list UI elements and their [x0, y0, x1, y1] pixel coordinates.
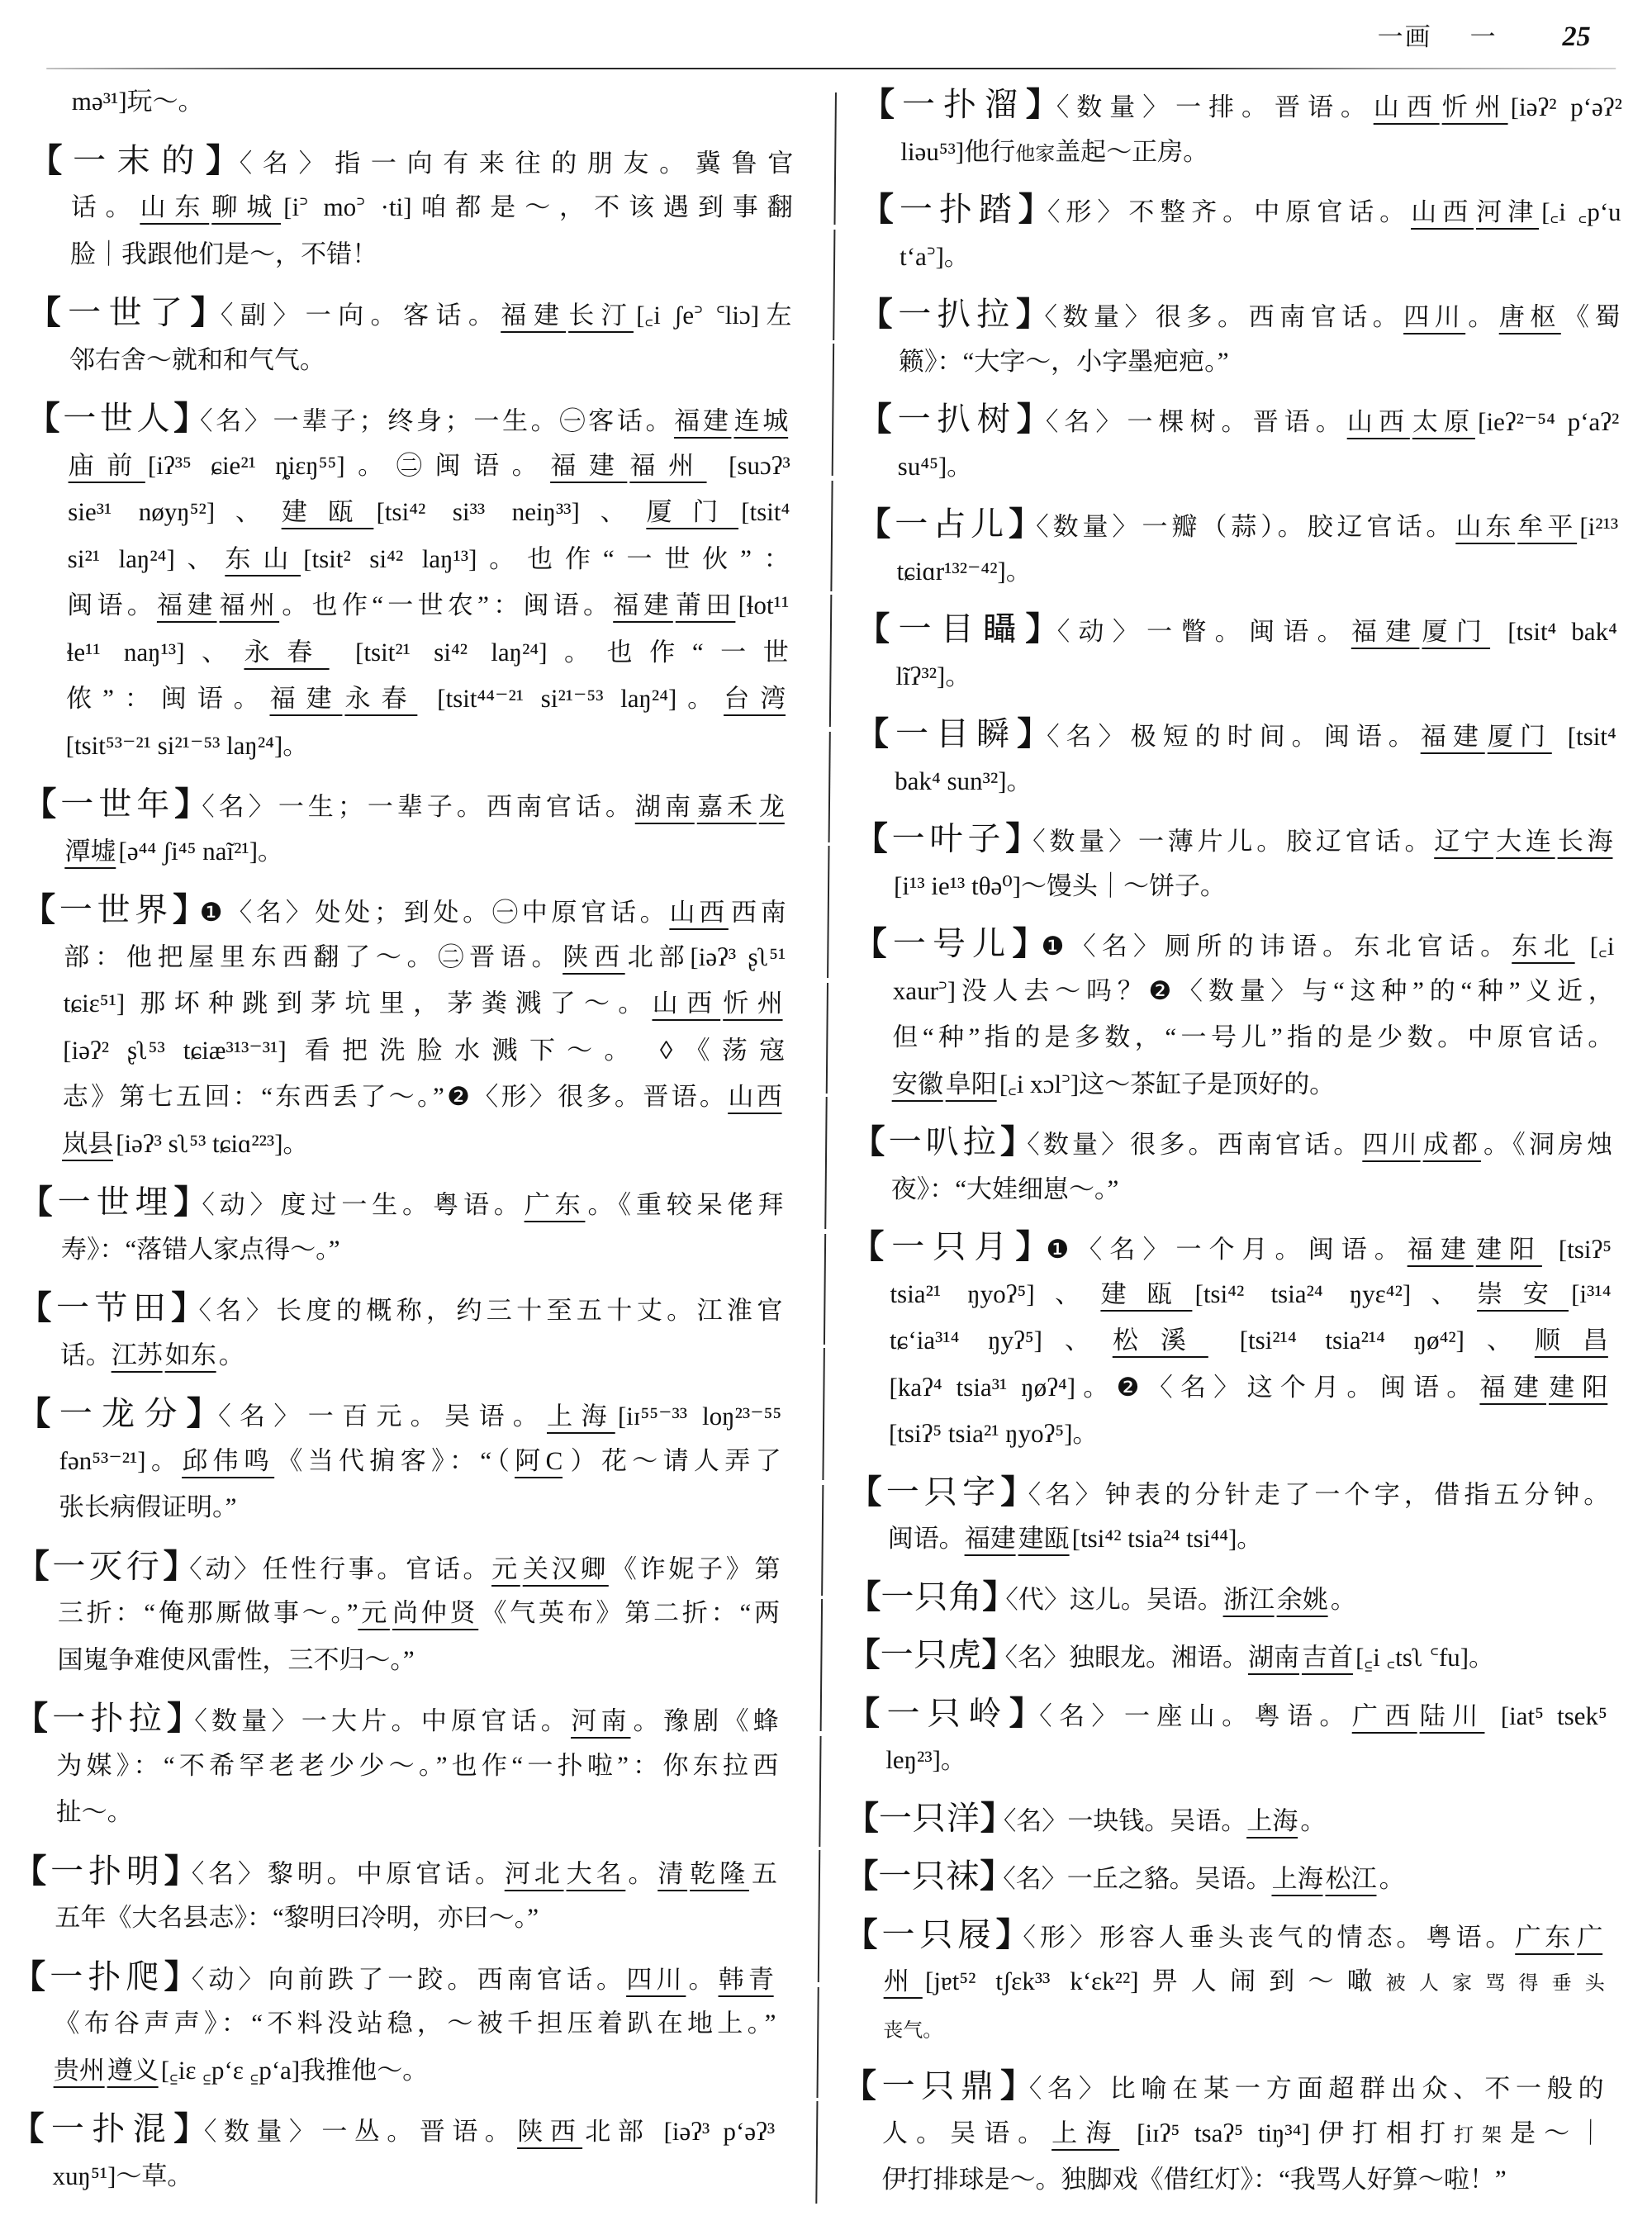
dictionary-entry: 【一只角】〈代〉这儿。吴语。浙江余姚。 — [862, 1574, 1609, 1621]
headword-bracket-open: 【 — [22, 891, 59, 928]
dictionary-entry: 【一扑溜】〈数量〉一排。晋语。山西忻州[iəʔ² p‘əʔ²liəu⁵³]他行他… — [875, 82, 1622, 175]
gloss-text: 丧气。 — [883, 2020, 942, 2042]
entry-line: [i¹³ ie¹³ tθə⁰]～馒头｜～饼子。 — [868, 863, 1616, 910]
line-text: 闽语。福建福州。也作“一世农”：闽语。福建莆田[ɬot¹¹ — [67, 591, 789, 619]
dictionary-entry: 【一目𥍉】〈动〉一瞥。闽语。福建厦门 [tsit⁴ bak⁴lĩʔ³²]。 — [870, 606, 1617, 700]
entry-line: 夜》：“大娃细崽～。” — [865, 1166, 1612, 1213]
headword: 【一世界】 — [36, 891, 200, 928]
headword-bracket-open: 【 — [843, 2067, 882, 2104]
entry-text: [iəʔ² p‘əʔ² — [1511, 93, 1622, 121]
line-text: [tsiʔ⁵ tsia²¹ ŋyoʔ⁵]。 — [889, 1419, 1099, 1448]
entry-head-line: 【一只月】❶〈名〉一个月。闽语。福建建阳 [tsiʔ⁵ — [865, 1224, 1612, 1271]
underlined-name: 山西 — [1374, 93, 1440, 121]
underlined-name: 庙前 — [69, 451, 146, 480]
headword-text: 一目𥍉 — [898, 610, 1025, 648]
line-text: 五年《大名县志》：“黎明曰冷明，亦曰～。” — [55, 1903, 539, 1932]
underlined-name: 广西 — [1352, 1701, 1417, 1730]
headword-bracket-open: 【 — [844, 1916, 881, 1953]
line-text: su⁴⁵]。 — [898, 452, 973, 481]
entry-line: 五年《大名县志》：“黎明曰冷明，亦曰～。” — [26, 1895, 777, 1942]
entry-head-line: 【一节田】〈名〉长度的概称，约三十至五十丈。江淮官 — [32, 1285, 783, 1332]
entry-text: 。 — [628, 1859, 657, 1888]
line-text: 扯～。 — [56, 1797, 133, 1826]
entry-line: 侬”：闽语。福建永春 [tsit⁴⁴⁻²¹ si²¹⁻⁵³ laŋ²⁴]。台湾 — [38, 676, 789, 723]
page-number: 25 — [1562, 20, 1590, 55]
line-text: 【一扑溜】〈数量〉一排。晋语。山西忻州[iəʔ² p‘əʔ² — [876, 93, 1622, 121]
entry-text: [i²¹³ — [1579, 512, 1618, 541]
entry-text: [ə⁴⁴ ʃi⁴⁵ naĩ²¹]。 — [118, 837, 283, 866]
entry-text: 《诈妮子》第 — [611, 1554, 781, 1583]
entry-line: fən⁵³⁻²¹]。邱伟鸣《当代掮客》：“（阿C）花～请人弄了 — [31, 1438, 781, 1485]
entry-text: su⁴⁵]。 — [898, 452, 973, 481]
entry-text: lĩʔ³²]。 — [895, 662, 971, 690]
underlined-name: 江苏 — [112, 1340, 163, 1369]
entry-text: ɬe¹¹ naŋ¹³]、 — [67, 638, 244, 667]
line-text: 【一龙分】〈名〉一百元。吴语。上海[iɪ⁵⁵⁻³³ loŋ²³⁻⁵⁵ — [31, 1402, 781, 1431]
headword-text: 一扒树 — [897, 401, 1017, 438]
headword-text: 一目瞬 — [895, 715, 1017, 752]
underlined-name: 福州 — [220, 591, 280, 619]
entry-text: 是～｜ — [1510, 2118, 1603, 2147]
entry-text: 脸｜我跟他们是～，不错！ — [70, 240, 377, 268]
entry-text: 寿》：“落错人家点得～。” — [61, 1235, 340, 1264]
entry-text: [iɪ⁵⁵⁻³³ loŋ²³⁻⁵⁵ — [618, 1402, 782, 1431]
dictionary-entry: 【一号儿】❶〈名〉厕所的讳语。东北官话。东北 [꜀ixaur꜄]没人去～吗？❷〈… — [866, 921, 1615, 1108]
line-text: 【一占儿】〈数量〉一瓣（蒜）。胶辽官话。山东牟平[i²¹³ — [871, 512, 1618, 541]
entry-text: 〈形〉形容人垂头丧气的情态。粤语。 — [1023, 1923, 1515, 1952]
line-text: 伊打排球是～。独脚戏《借红灯》：“我骂人好算～啦！” — [881, 2165, 1506, 2194]
entry-text: 〈名〉一座山。粤语。 — [1039, 1701, 1352, 1730]
entry-text: ❶〈名〉厕所的讳语。东北官话。 — [1041, 932, 1512, 961]
entry-text: tɕ‘ia³¹⁴ ŋyʔ⁵]、 — [890, 1326, 1113, 1355]
entry-line: 但“种”指的是多数，“一号儿”指的是少数。中原官话。 — [866, 1014, 1614, 1061]
underlined-name: 余姚 — [1277, 1585, 1328, 1614]
line-text: 【一扒树】〈名〉一棵树。晋语。山西太原[ieʔ²⁻⁵⁴ p‘aʔ² — [872, 407, 1619, 436]
entry-line: 邻右舍～就和和气气。 — [41, 337, 792, 384]
entry-text: [ieʔ²⁻⁵⁴ p‘aʔ² — [1478, 407, 1619, 436]
entry-line: 州[jɐt⁵² tʃɛk³³ k‘ɛk²²]畀人闹到～噉被人家骂得垂头 — [858, 1958, 1606, 2005]
headword-text: 一世埋 — [57, 1184, 173, 1221]
entry-text: 〈名〉指一向有来往的朋友。冀鲁官 — [240, 149, 794, 178]
line-text: 【一只洋】〈名〉一块钱。吴语。上海。 — [859, 1806, 1326, 1835]
line-text: [i¹³ ie¹³ tθə⁰]～馒头｜～饼子。 — [894, 871, 1226, 900]
entry-text: 〈数量〉很多。西南官话。 — [1027, 1130, 1363, 1159]
underlined-name: 陕西 — [563, 942, 625, 971]
headword: 【一叶子】 — [868, 820, 1032, 857]
line-text: 籁》：“大字～，小字墨疤疤。” — [899, 347, 1229, 376]
entry-text: ）花～请人弄了 — [565, 1446, 781, 1475]
headword: 【一占儿】 — [871, 505, 1036, 543]
entry-line: bak⁴ sun³²]。 — [869, 758, 1616, 805]
headword: 【一只字】 — [862, 1473, 1028, 1511]
entry-text: 话。 — [71, 192, 140, 221]
headword: 【一目𥍉】 — [871, 610, 1057, 648]
headword: 【一扑拉】 — [29, 1700, 195, 1737]
headword-bracket-open: 【 — [853, 925, 893, 962]
entry-text: 〈副〉一向。客话。 — [221, 301, 501, 330]
headword-text: 一叭拉 — [888, 1123, 1000, 1160]
underlined-name: 陆川 — [1420, 1701, 1485, 1730]
entry-text: 侬”：闽语。 — [66, 684, 270, 713]
headword-bracket-open: 【 — [20, 1184, 58, 1221]
entry-text: 〈名〉比喻在某一方面超群出众、不一般的 — [1029, 2074, 1604, 2103]
entry-text: [꜀i xɔl꜄]这～茶缸子是顶好的。 — [999, 1070, 1336, 1098]
underlined-name: 唐枢 — [1499, 302, 1561, 331]
entry-line: xuŋ⁵¹]～草。 — [24, 2153, 775, 2200]
line-text: 国嵬争难使风雷性，三不归～。” — [57, 1645, 415, 1674]
line-text: lĩʔ³²]。 — [895, 662, 971, 690]
entry-text: 〈动〉任性行事。官话。 — [189, 1554, 491, 1583]
line-text: leŋ²³]。 — [885, 1745, 966, 1774]
entry-head-line: 【一只屐】〈形〉形容人垂头丧气的情态。粤语。广东广 — [858, 1912, 1606, 1959]
entry-text: [tsi⁴² si³³ neiŋ³³]、 — [376, 497, 646, 526]
underlined-name: 福建 — [965, 1524, 1016, 1553]
headword: 【一末的】 — [43, 142, 240, 179]
line-text: [kaʔ⁴ tsia³¹ ŋøʔ⁴]。❷〈名〉这个月。闽语。福建建阳 — [889, 1373, 1610, 1402]
line-text: 【一目𥍉】〈动〉一瞥。闽语。福建厦门 [tsit⁴ bak⁴ — [871, 617, 1617, 646]
entry-text: 〈名〉一辈子；终身；一生。㊀客话。 — [200, 406, 675, 435]
entry-line: 扯～。 — [27, 1789, 778, 1836]
line-text: 邻右舍～就和和气气。 — [69, 345, 325, 374]
entry-line: sie³¹ nøyŋ⁵²]、建瓯[tsi⁴² si³³ neiŋ³³]、厦门[t… — [40, 489, 790, 536]
entry-text: 。 — [1300, 1806, 1326, 1835]
underlined-name: 长汀 — [568, 301, 634, 330]
entry-line: xaur꜄]没人去～吗？❷〈数量〉与“这种”的“种”义近， — [867, 968, 1615, 1015]
headword: 【一只月】 — [865, 1228, 1047, 1265]
underlined-name: 福建 — [674, 406, 732, 435]
entry-line: 《布谷声声》：“不料没站稳，～被千担压着趴在地上。” — [26, 2000, 776, 2047]
entry-head-line: 【一世界】❶〈名〉处处；到处。㊀中原官话。山西西南 — [36, 887, 787, 934]
underlined-name: 大连 — [1496, 827, 1555, 856]
line-text: 【一世界】❶〈名〉处处；到处。㊀中原官话。山西西南 — [36, 898, 786, 927]
entry-line: 脸｜我跟他们是～，不错！ — [42, 231, 793, 278]
headword-text: 一扒拉 — [898, 296, 1016, 333]
entry-line: tɕ‘ia³¹⁴ ŋyʔ⁵]、松溪 [tsi²¹⁴ tsia²¹⁴ ŋø⁴²]、… — [864, 1317, 1612, 1364]
headword-bracket-open: 【 — [847, 1695, 887, 1732]
line-text: 【一世埋】〈动〉度过一生。粤语。广东。《重较呆佬拜 — [33, 1190, 783, 1219]
entry-text: 〈名〉一块钱。吴语。 — [1004, 1806, 1247, 1835]
line-text: 志》第七五回：“东西丢了～。”❷〈形〉很多。晋语。山西 — [63, 1082, 785, 1111]
line-text: mə³¹]玩～。 — [72, 87, 204, 116]
entry-head-line: 【一扑溜】〈数量〉一排。晋语。山西忻州[iəʔ² p‘əʔ² — [876, 82, 1623, 129]
headword-bracket-open: 【 — [847, 1578, 881, 1616]
underlined-name: 厦门 — [1488, 722, 1552, 751]
entry-line: 人。吴语。上海 [iɪʔ⁵ tsaʔ⁵ tiŋ³⁴]伊打相打打架是～｜ — [857, 2110, 1604, 2157]
entry-head-line: 【一扑爬】〈动〉向前跌了一跤。西南官话。四川。韩青 — [26, 1954, 777, 2001]
dictionary-entry: 【一只字】〈名〉钟表的分针走了一个字，借指五分钟。闽语。福建建瓯[tsi⁴² t… — [862, 1469, 1610, 1563]
entry-text: 〈名〉一棵树。晋语。 — [1046, 407, 1347, 436]
entry-text: 张长病假证明。” — [59, 1492, 237, 1521]
entry-text: 。 — [688, 1965, 718, 1994]
underlined-name: 邱伟鸣 — [182, 1446, 274, 1475]
dictionary-entry: 【一叶子】〈数量〉一薄片儿。胶辽官话。辽宁大连长海[i¹³ ie¹³ tθə⁰]… — [868, 816, 1616, 909]
line-text: 【一世人】〈名〉一辈子；终身；一生。㊀客话。福建连城 — [40, 406, 790, 435]
line-text: 《布谷声声》：“不料没站稳，～被千担压着趴在地上。” — [54, 2009, 776, 2038]
headword-bracket-open: 【 — [847, 1636, 880, 1673]
entry-text: 扯～。 — [56, 1797, 133, 1826]
entry-line: 安徽阜阳[꜀i xɔl꜄]这～茶缸子是顶好的。 — [866, 1061, 1614, 1108]
entry-text: 《当代掮客》：“（ — [277, 1446, 515, 1475]
entry-text: [꜀i ꜀p‘u — [1541, 197, 1621, 226]
dictionary-entry: 【一末的】〈名〉指一向有来往的朋友。冀鲁官话。山东聊城[i꜄ mo꜄ ·ti]咱… — [42, 138, 794, 278]
entry-text: 。《重较呆佬拜 — [587, 1190, 783, 1219]
underlined-name: 河南 — [571, 1706, 631, 1735]
entry-head-line: 【一只虎】〈名〉独眼龙。湘语。湖南吉首[꜁i ꜀tsʅ ꜂fu]。 — [861, 1632, 1608, 1679]
entry-text: [iat⁵ tsek⁵ — [1487, 1701, 1607, 1730]
underlined-name: 建瓯 — [1100, 1279, 1192, 1308]
underlined-name: 广东 — [525, 1190, 586, 1219]
entry-text: 话。 — [60, 1340, 112, 1369]
entry-text: 〈名〉一百元。吴语。 — [218, 1402, 547, 1431]
entry-text: si²¹ laŋ²⁴]、 — [68, 544, 225, 573]
headword-text: 一扑拉 — [52, 1700, 167, 1737]
headword-bracket-open: 【 — [12, 1958, 50, 1995]
headword-text: 一扑爬 — [50, 1958, 164, 1995]
entry-text: 。 — [219, 1340, 244, 1369]
entry-text: [tsit⁵³⁻²¹ si²¹⁻⁵³ laŋ²⁴]。 — [65, 731, 308, 760]
underlined-name: 元 — [358, 1598, 390, 1627]
underlined-name: 大名 — [567, 1859, 626, 1888]
entry-text: [tsiʔ⁵ tsia²¹ ŋyoʔ⁵]。 — [889, 1419, 1099, 1448]
underlined-name: 太原 — [1412, 407, 1475, 436]
headword-text: 一只角 — [881, 1578, 982, 1616]
entry-text: tɕiɑr¹³²⁻⁴²]。 — [896, 557, 1032, 586]
entry-text: [kaʔ⁴ tsia³¹ ŋøʔ⁴]。❷〈名〉这个月。闽语。 — [889, 1373, 1479, 1402]
entry-text: 邻右舍～就和和气气。 — [69, 345, 325, 374]
underlined-name: 莆田 — [676, 591, 736, 619]
entry-text: ❶〈名〉一个月。闽语。 — [1046, 1235, 1408, 1264]
headword: 【一只虎】 — [861, 1636, 1005, 1673]
dictionary-entry: 【一只袜】〈名〉一丘之貉。吴语。上海松江。 — [859, 1853, 1607, 1900]
entry-head-line: 【一世埋】〈动〉度过一生。粤语。广东。《重较呆佬拜 — [33, 1179, 784, 1226]
dictionary-entry: 【一灭行】〈动〉任性行事。官话。元关汉卿《诈妮子》第三折：“俺那厮做事～。”元尚… — [29, 1544, 781, 1684]
entry-line: 部：他把屋里东西翻了～。㊁晋语。陕西北部[iəʔ³ ʂʅ⁵¹ — [36, 934, 786, 981]
underlined-name: 山东 — [140, 192, 209, 221]
line-text: xaur꜄]没人去～吗？❷〈数量〉与“这种”的“种”义近， — [893, 976, 1614, 1005]
entry-text: [i¹³ ie¹³ tθə⁰]～馒头｜～饼子。 — [894, 871, 1226, 900]
entry-text: 北部[iəʔ³ ʂʅ⁵¹ — [628, 942, 786, 971]
column-divider — [815, 93, 837, 2204]
entry-head-line: 【一末的】〈名〉指一向有来往的朋友。冀鲁官 — [43, 138, 794, 185]
headword-text: 一节田 — [56, 1289, 172, 1326]
dictionary-entry: 【一扑踏】〈形〉不整齐。中原官话。山西河津[꜀i ꜀p‘ut‘a꜄]。 — [874, 187, 1621, 280]
headword-bracket-open: 【 — [851, 1228, 891, 1265]
entry-head-line: 【一扑踏】〈形〉不整齐。中原官话。山西河津[꜀i ꜀p‘u — [874, 187, 1621, 234]
headword: 【一世埋】 — [33, 1184, 202, 1221]
entry-head-line: 【一只角】〈代〉这儿。吴语。浙江余姚。 — [862, 1574, 1609, 1621]
entry-head-line: 【一只袜】〈名〉一丘之貉。吴语。上海松江。 — [859, 1853, 1607, 1900]
underlined-name: 山西 — [653, 989, 721, 1018]
line-text: 【一目瞬】〈名〉极短的时间。闽语。福建厦门 [tsit⁴ — [870, 722, 1616, 751]
headword-text: 一龙分 — [59, 1395, 187, 1432]
line-text: 庙前[iʔ³⁵ ɕie²¹ ȵiɛŋ⁵⁵]。㊁闽语。福建福州 [suɔʔ³ — [69, 451, 790, 480]
entry-line: 岚县[iəʔ³ sʅ⁵³ tɕiɑ²²³]。 — [34, 1121, 785, 1168]
underlined-name: 东北 — [1512, 932, 1575, 961]
underlined-name: 忻州 — [1442, 93, 1508, 121]
entry-head-line: 【一目𥍉】〈动〉一瞥。闽语。福建厦门 [tsit⁴ bak⁴ — [871, 606, 1618, 653]
headword-text: 一只月 — [891, 1228, 1016, 1265]
line-text: tɕiɛ⁵¹] 那坏种跳到茅坑里，茅粪溅了～。山西忻州 — [64, 989, 786, 1018]
entry-text: 国嵬争难使风雷性，三不归～。” — [57, 1645, 415, 1674]
line-text: 【一只字】〈名〉钟表的分针走了一个字，借指五分钟。 — [862, 1480, 1609, 1509]
entry-text: 〈动〉度过一生。粤语。 — [202, 1190, 525, 1219]
underlined-name: 清 — [657, 1859, 687, 1888]
entry-text: 〈名〉极短的时间。闽语。 — [1047, 722, 1421, 751]
underlined-name: 建瓯 — [282, 497, 374, 526]
line-text: 【一扑明】〈名〉黎明。中原官话。河北大名。清乾隆五 — [27, 1859, 777, 1888]
underlined-name: 永春 — [344, 684, 417, 713]
underlined-name: 福建 — [613, 591, 673, 619]
headword-text: 一号儿 — [893, 925, 1013, 962]
underlined-name: 山西 — [669, 898, 729, 927]
entry-head-line: 【一扑明】〈名〉黎明。中原官话。河北大名。清乾隆五 — [27, 1848, 778, 1895]
entry-text: 。 — [1468, 302, 1499, 331]
line-text: [iəʔ² ʂʅ⁵³ tɕiæ³¹³⁻³¹] 看把洗脸水溅下～。 ◊《荡寇 — [63, 1036, 785, 1065]
underlined-name: 安徽 — [892, 1070, 943, 1098]
entry-text: [jɐt⁵² tʃɛk³³ k‘ɛk²²]畀人闹到～噉 — [925, 1967, 1386, 1995]
entry-text: mə³¹]玩～。 — [72, 87, 204, 116]
dictionary-entry: 【一只月】❶〈名〉一个月。闽语。福建建阳 [tsiʔ⁵tsia²¹ ŋyoʔ⁵]… — [863, 1224, 1612, 1458]
line-text: 【一世年】〈名〉一生；一辈子。西南官话。湖南嘉禾龙 — [37, 792, 787, 821]
line-text: 脸｜我跟他们是～，不错！ — [70, 240, 377, 268]
underlined-name: 上海 — [1051, 2118, 1119, 2147]
headword-bracket-open: 【 — [29, 142, 73, 179]
entry-text: xaur꜄]没人去～吗？❷〈数量〉与“这种”的“种”义近， — [893, 976, 1614, 1005]
line-text: 张长病假证明。” — [59, 1492, 237, 1521]
headword: 【一号儿】 — [867, 925, 1042, 962]
underlined-name: 厦门 — [646, 497, 738, 526]
entry-head-line: 【一叶子】〈数量〉一薄片儿。胶辽官话。辽宁大连长海 — [868, 816, 1616, 863]
headword: 【一扑溜】 — [876, 86, 1056, 123]
headword-text: 一世人 — [63, 400, 173, 437]
line-text: 话。江苏如东。 — [60, 1340, 244, 1369]
underlined-name: 龙 — [759, 792, 785, 821]
dictionary-entry: 【一扑爬】〈动〉向前跌了一跤。西南官话。四川。韩青《布谷声声》：“不料没站稳，～… — [26, 1954, 777, 2095]
underlined-name: 福建 — [501, 301, 566, 330]
underlined-name: 岚县 — [62, 1129, 113, 1158]
line-text: tsia²¹ ŋyoʔ⁵]、建瓯[tsi⁴² tsia²⁴ ŋyɛ⁴²]、崇安[… — [890, 1279, 1611, 1308]
underlined-name: 湖南 — [1248, 1643, 1299, 1672]
line-text: 闽语。福建建瓯[tsi⁴² tsia²⁴ tsi⁴⁴]。 — [888, 1524, 1263, 1553]
entry-text: 部：他把屋里东西翻了～。㊁晋语。 — [64, 942, 563, 971]
entry-text: 盖起～正房。 — [1055, 137, 1208, 166]
entry-text: 〈名〉一丘之貉。吴语。 — [1003, 1864, 1272, 1893]
line-text: 人。吴语。上海 [iɪʔ⁵ tsaʔ⁵ tiŋ³⁴]伊打相打打架是～｜ — [882, 2118, 1603, 2147]
underlined-name: 四川 — [1403, 302, 1465, 331]
entry-text: 《布谷声声》：“不料没站稳，～被千担压着趴在地上。” — [54, 2009, 776, 2038]
headword: 【一扑明】 — [27, 1853, 192, 1890]
entry-text: [suɔʔ³ — [710, 451, 790, 480]
underlined-name: 厦门 — [1422, 617, 1490, 646]
entry-line: tɕiɛ⁵¹] 那坏种跳到茅坑里，茅粪溅了～。山西忻州 — [35, 980, 786, 1027]
line-text: ɬe¹¹ naŋ¹³]、永春 [tsit²¹ si⁴² laŋ²⁴]。也作“一世 — [67, 638, 789, 667]
headword-text: 一占儿 — [895, 505, 1009, 543]
entry-text: 人。吴语。 — [882, 2118, 1051, 2147]
dictionary-entry: 【一只鼎】〈名〉比喻在某一方面超群出众、不一般的人。吴语。上海 [iɪʔ⁵ ts… — [856, 2063, 1604, 2204]
line-text: sie³¹ nøyŋ⁵²]、建瓯[tsi⁴² si³³ neiŋ³³]、厦门[t… — [68, 497, 790, 526]
headword: 【一目瞬】 — [870, 715, 1047, 752]
entry-head-line: 【一号儿】❶〈名〉厕所的讳语。东北官话。东北 [꜀i — [867, 921, 1615, 968]
entry-line: tɕiɑr¹³²⁻⁴²]。 — [871, 548, 1618, 595]
headword-bracket-open: 【 — [26, 400, 63, 437]
underlined-name: 广 — [1577, 1923, 1602, 1952]
headword: 【一扑混】 — [25, 2110, 204, 2147]
entry-text: [tsit⁴ — [741, 497, 790, 526]
underlined-name: 福建 — [270, 684, 343, 713]
headword-bracket-open: 【 — [857, 610, 899, 648]
headword: 【一扒拉】 — [873, 296, 1044, 333]
entry-line: 贵州遵义[꜁iɛ ꜁p‘ɛ ꜁p‘a]我推他～。 — [26, 2047, 776, 2095]
underlined-name: 嘉禾 — [697, 792, 757, 821]
headword-text: 一叶子 — [891, 820, 1005, 857]
entry-text: 北部 [iəʔ³ p‘əʔ³ — [585, 2117, 775, 2146]
headword-bracket-open: 【 — [17, 1395, 59, 1432]
entry-text: [iɪʔ⁵ tsaʔ⁵ tiŋ³⁴]伊打相打 — [1122, 2118, 1454, 2147]
entry-text: [tsit⁴ bak⁴ — [1493, 617, 1617, 646]
entry-text: [꜁iɛ ꜁p‘ɛ ꜁p‘a]我推他～。 — [161, 2056, 429, 2085]
entry-text: fən⁵³⁻²¹]。 — [59, 1446, 182, 1475]
underlined-name: 山西 — [1347, 407, 1410, 436]
headword-bracket-open: 【 — [23, 785, 60, 823]
dictionary-entry: 【一世年】〈名〉一生；一辈子。西南官话。湖南嘉禾龙潭墟[ə⁴⁴ ʃi⁴⁵ naĩ… — [36, 781, 787, 875]
entry-head-line: 【一扑混】〈数量〉一丛。晋语。陕西北部 [iəʔ³ p‘əʔ³ — [25, 2106, 776, 2153]
line-text: 但“种”指的是多数，“一号儿”指的是少数。中原官话。 — [892, 1022, 1613, 1051]
dictionary-entry: 【一世人】〈名〉一辈子；终身；一生。㊀客话。福建连城庙前[iʔ³⁵ ɕie²¹ … — [37, 396, 790, 769]
dictionary-entry: 【一占儿】〈数量〉一瓣（蒜）。胶辽官话。山东牟平[i²¹³tɕiɑr¹³²⁻⁴²… — [871, 501, 1618, 595]
headword-text: 一只虎 — [880, 1636, 981, 1673]
entry-line: 闽语。福建建瓯[tsi⁴² tsia²⁴ tsi⁴⁴]。 — [862, 1516, 1610, 1563]
line-text: 【一扑拉】〈数量〉一大片。中原官话。河南。豫剧《蜂 — [29, 1706, 779, 1735]
entry-line: [tsit⁵³⁻²¹ si²¹⁻⁵³ laŋ²⁴]。 — [37, 723, 788, 770]
entry-line: si²¹ laŋ²⁴]、东山[tsit² si⁴² laŋ¹³]。也作“一世伙”… — [39, 536, 790, 583]
dictionary-entry: 【一扒拉】〈数量〉很多。西南官话。四川。唐枢《蜀籁》：“大字～，小字墨疤疤。” — [873, 292, 1621, 385]
headword: 【一扑爬】 — [26, 1958, 192, 1995]
line-text: 【一灭行】〈动〉任性行事。官话。元关汉卿《诈妮子》第 — [30, 1554, 780, 1583]
line-text: fən⁵³⁻²¹]。邱伟鸣《当代掮客》：“（阿C）花～请人弄了 — [59, 1446, 781, 1475]
entry-text: 〈形〉不整齐。中原官话。 — [1047, 197, 1412, 226]
line-text: 话。山东聊城[i꜄ mo꜄ ·ti]咱都是～，不该遇到事翻 — [71, 192, 793, 221]
line-text: 潭墟[ə⁴⁴ ʃi⁴⁵ naĩ²¹]。 — [64, 837, 283, 866]
dictionary-entry: 【一节田】〈名〉长度的概称，约三十至五十丈。江淮官话。江苏如东。 — [32, 1285, 783, 1378]
entry-line: ɬe¹¹ naŋ¹³]、永春 [tsit²¹ si⁴² laŋ²⁴]。也作“一世 — [38, 629, 789, 676]
entry-text: tɕiɛ⁵¹] 那坏种跳到茅坑里，茅粪溅了～。 — [64, 989, 653, 1018]
entry-text: 五年《大名县志》：“黎明曰冷明，亦曰～。” — [55, 1903, 539, 1932]
entry-text: liəu⁵³]他行 — [900, 137, 1015, 166]
underlined-name: 山西 — [728, 1082, 782, 1111]
entry-text: 。豫剧《蜂 — [634, 1706, 779, 1735]
headword: 【一扑踏】 — [874, 191, 1047, 228]
dictionary-entry: mə³¹]玩～。 — [44, 78, 795, 126]
entry-line: 庙前[iʔ³⁵ ɕie²¹ ȵiɛŋ⁵⁵]。㊁闽语。福建福州 [suɔʔ³ — [40, 443, 791, 490]
entry-line: 丧气。 — [857, 2005, 1605, 2052]
line-text: [tsit⁵³⁻²¹ si²¹⁻⁵³ laŋ²⁴]。 — [65, 731, 308, 760]
headword-bracket-open: 【 — [848, 1473, 886, 1511]
line-text: 侬”：闽语。福建永春 [tsit⁴⁴⁻²¹ si²¹⁻⁵³ laŋ²⁴]。台湾 — [66, 684, 788, 713]
entry-text: 《气英布》第二折：“两 — [481, 1598, 780, 1627]
entry-line: 话。山东聊城[i꜄ mo꜄ ·ti]咱都是～，不该遇到事翻 — [42, 184, 793, 231]
entry-text: 〈数量〉一瓣（蒜）。胶辽官话。 — [1036, 512, 1456, 541]
headword: 【一只鼎】 — [857, 2067, 1029, 2104]
entry-text: 〈名〉独眼龙。湘语。 — [1004, 1643, 1248, 1672]
right-column: 【一扑溜】〈数量〉一排。晋语。山西忻州[iəʔ² p‘əʔ²liəu⁵³]他行他… — [856, 82, 1622, 2204]
entry-text: 〈代〉这儿。吴语。 — [1005, 1585, 1223, 1614]
entry-line: liəu⁵³]他行他家盖起～正房。 — [875, 129, 1622, 176]
entry-text: [꜀i — [1578, 932, 1615, 961]
entry-text: 五 — [752, 1859, 777, 1888]
headword-text: 一世界 — [59, 891, 173, 928]
headword-bracket-open: 【 — [856, 715, 895, 752]
headword-text: 一扑溜 — [902, 86, 1026, 123]
